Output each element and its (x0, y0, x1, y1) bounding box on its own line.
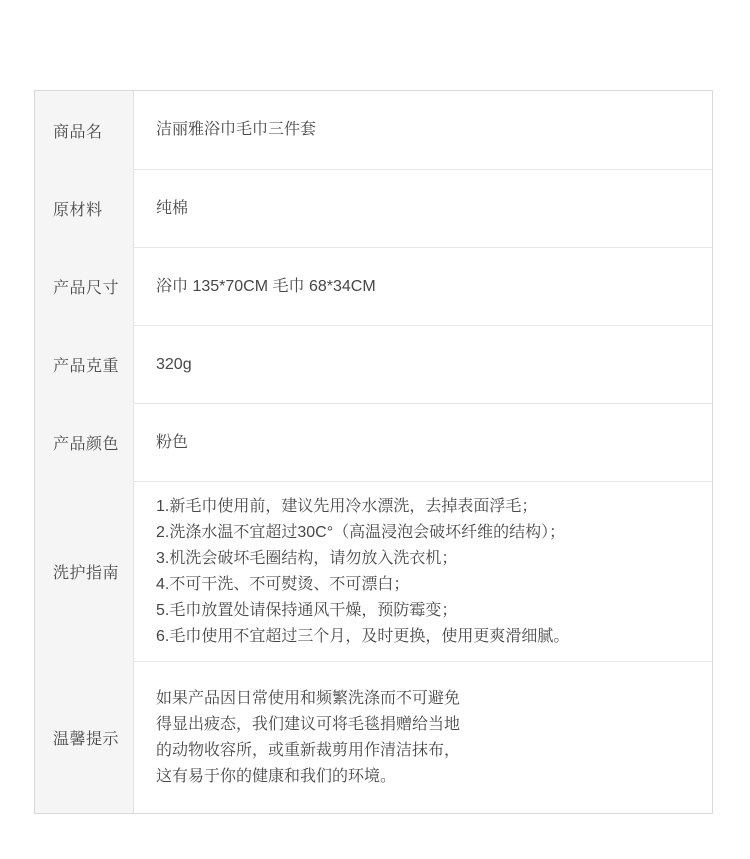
product-detail-page: 商品名洁丽雅浴巾毛巾三件套原材料纯棉产品尺寸浴巾 135*70CM 毛巾 68*… (0, 0, 750, 859)
spec-value-line: 如果产品因日常使用和频繁洗涤而不可避免 (156, 686, 698, 712)
spec-label: 商品名 (35, 91, 133, 169)
spec-label: 原材料 (35, 169, 133, 247)
spec-row: 温馨提示如果产品因日常使用和频繁洗涤而不可避免得显出疲态，我们建议可将毛毯捐赠给… (35, 661, 712, 813)
spec-value: 如果产品因日常使用和频繁洗涤而不可避免得显出疲态，我们建议可将毛毯捐赠给当地的动… (133, 661, 712, 813)
spec-label: 产品尺寸 (35, 247, 133, 325)
spec-label: 产品克重 (35, 325, 133, 403)
product-spec-table: 商品名洁丽雅浴巾毛巾三件套原材料纯棉产品尺寸浴巾 135*70CM 毛巾 68*… (34, 90, 713, 814)
spec-value-line: 3.机洗会破坏毛圈结构，请勿放入洗衣机； (156, 546, 698, 572)
spec-row: 产品尺寸浴巾 135*70CM 毛巾 68*34CM (35, 247, 712, 325)
spec-value-line: 6.毛巾使用不宜超过三个月，及时更换，使用更爽滑细腻。 (156, 624, 698, 650)
spec-row: 原材料纯棉 (35, 169, 712, 247)
spec-value-line: 的动物收容所，或重新裁剪用作清洁抹布， (156, 738, 698, 764)
spec-value: 洁丽雅浴巾毛巾三件套 (133, 91, 712, 169)
spec-value: 粉色 (133, 403, 712, 481)
spec-label: 温馨提示 (35, 661, 133, 813)
spec-value: 320g (133, 325, 712, 403)
spec-value: 浴巾 135*70CM 毛巾 68*34CM (133, 247, 712, 325)
spec-row: 产品克重320g (35, 325, 712, 403)
spec-value-line: 这有易于你的健康和我们的环境。 (156, 764, 698, 790)
spec-label: 产品颜色 (35, 403, 133, 481)
spec-value-line: 5.毛巾放置处请保持通风干燥，预防霉变； (156, 598, 698, 624)
spec-label: 洗护指南 (35, 481, 133, 661)
spec-value: 纯棉 (133, 169, 712, 247)
spec-row: 商品名洁丽雅浴巾毛巾三件套 (35, 91, 712, 169)
spec-value-line: 4.不可干洗、不可熨烫、不可漂白； (156, 572, 698, 598)
spec-row: 洗护指南1.新毛巾使用前，建议先用冷水漂洗，去掉表面浮毛；2.洗涤水温不宜超过3… (35, 481, 712, 661)
spec-row: 产品颜色粉色 (35, 403, 712, 481)
spec-value-line: 1.新毛巾使用前，建议先用冷水漂洗，去掉表面浮毛； (156, 494, 698, 520)
spec-value-line: 得显出疲态，我们建议可将毛毯捐赠给当地 (156, 712, 698, 738)
spec-value: 1.新毛巾使用前，建议先用冷水漂洗，去掉表面浮毛；2.洗涤水温不宜超过30C°（… (133, 481, 712, 661)
spec-value-line: 2.洗涤水温不宜超过30C°（高温浸泡会破坏纤维的结构）； (156, 520, 698, 546)
